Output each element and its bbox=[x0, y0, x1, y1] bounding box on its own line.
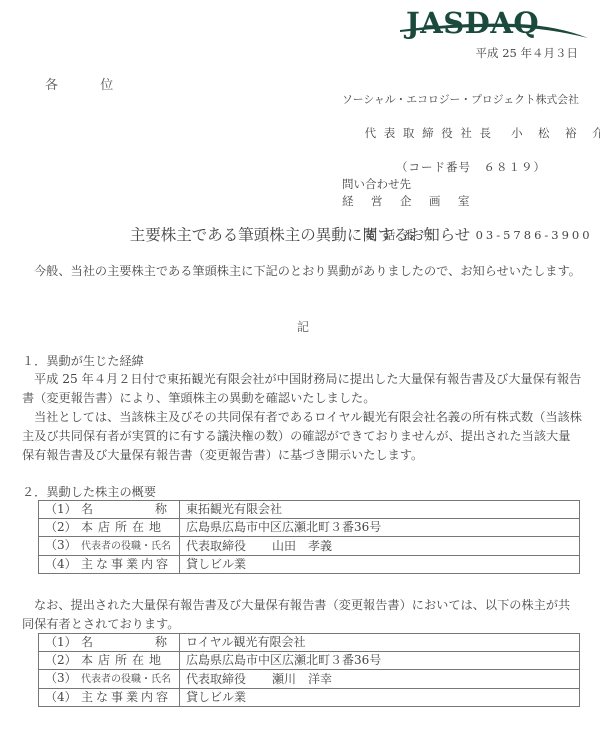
contact-label: 問い合わせ先 bbox=[342, 176, 600, 193]
company-name: ソーシャル・エコロジー・プロジェクト株式会社 bbox=[342, 91, 600, 108]
document-date: 平成 25 年４月３日 bbox=[476, 45, 578, 61]
row-value: 代表取締役山田 孝義 bbox=[180, 537, 580, 556]
row-number: （2） bbox=[45, 652, 81, 669]
section1-paragraph-2-text: 当社としては、当該株主及びその共同保有者であるロイヤル観光有限会社名義の所有株式… bbox=[22, 410, 582, 462]
jasdaq-logo: JASDAQ bbox=[398, 4, 590, 42]
intro-text: 今般、当社の主要株主である筆頭株主に下記のとおり異動がありましたので、お知らせい… bbox=[34, 264, 581, 278]
representative-name: 山田 孝義 bbox=[272, 538, 332, 555]
label-text: 主な事業内容 bbox=[81, 689, 169, 706]
table-row: （1）名称 ロイヤル観光有限会社 bbox=[39, 634, 580, 652]
table-row: （3）代表者の役職・氏名 代表取締役山田 孝義 bbox=[39, 537, 580, 556]
section1-paragraph-1: 平成 25 年４月２日付で東拓観光有限会社が中国財務局に提出した大量保有報告書及… bbox=[22, 370, 582, 408]
addressee-char-2: 位 bbox=[100, 74, 113, 93]
table-row: （1）名称 東拓観光有限会社 bbox=[39, 501, 580, 519]
row-label: （3）代表者の役職・氏名 bbox=[39, 537, 180, 556]
co-holder-table: （1）名称 ロイヤル観光有限会社 （2）本店所在地 広島県広島市中区広瀬北町３番… bbox=[38, 633, 580, 707]
row-label: （1）名称 bbox=[39, 634, 180, 652]
table-row: （2）本店所在地 広島県広島市中区広瀬北町３番36号 bbox=[39, 652, 580, 670]
co-holder-note-text: なお、提出された大量保有報告書及び大量保有報告書（変更報告書）においては、以下の… bbox=[22, 598, 570, 631]
representative-title: 代表取締役 bbox=[186, 539, 246, 553]
row-label: （4）主な事業内容 bbox=[39, 689, 180, 707]
stock-code: （コード番号 ６８１９） bbox=[342, 159, 600, 176]
section2-heading: ２．異動した株主の概要 bbox=[22, 483, 156, 500]
table-row: （3）代表者の役職・氏名 代表取締役瀬川 洋幸 bbox=[39, 670, 580, 689]
representative-title: 代 表 取 締 役 社 長 bbox=[365, 126, 493, 140]
representative-name: 瀬川 洋幸 bbox=[272, 671, 332, 688]
addressee: 各 位 bbox=[45, 74, 113, 93]
shareholder-table: （1）名称 東拓観光有限会社 （2）本店所在地 広島県広島市中区広瀬北町３番36… bbox=[38, 500, 580, 574]
row-value: 貸しビル業 bbox=[180, 689, 580, 707]
row-number: （2） bbox=[45, 519, 81, 536]
intro-paragraph: 今般、当社の主要株主である筆頭株主に下記のとおり異動がありましたので、お知らせい… bbox=[22, 262, 582, 281]
label-part-b: 称 bbox=[155, 502, 167, 516]
row-number: （4） bbox=[45, 689, 81, 706]
table-row: （4）主な事業内容 貸しビル業 bbox=[39, 556, 580, 574]
row-number: （3） bbox=[45, 670, 81, 687]
row-number: （1） bbox=[45, 634, 81, 651]
label-text: 主な事業内容 bbox=[81, 556, 169, 573]
ki-marker: 記 bbox=[0, 318, 600, 335]
row-value: ロイヤル観光有限会社 bbox=[180, 634, 580, 652]
row-number: （3） bbox=[45, 537, 81, 554]
row-label: （3）代表者の役職・氏名 bbox=[39, 670, 180, 689]
row-value: 貸しビル業 bbox=[180, 556, 580, 574]
department: 経 営 企 画 室 bbox=[342, 193, 600, 210]
row-value: 代表取締役瀬川 洋幸 bbox=[180, 670, 580, 689]
row-label: （2）本店所在地 bbox=[39, 519, 180, 537]
label-part-a: 名 bbox=[81, 634, 155, 651]
label-text: 本店所在地 bbox=[81, 519, 169, 536]
section1-heading: １．異動が生じた経緯 bbox=[22, 352, 144, 369]
representative-title: 代表取締役 bbox=[186, 672, 246, 686]
representative-name: 小 松 裕 介 bbox=[511, 126, 600, 140]
row-value: 東拓観光有限会社 bbox=[180, 501, 580, 519]
label-text: 代表者の役職・氏名 bbox=[81, 671, 169, 688]
table-row: （2）本店所在地 広島県広島市中区広瀬北町３番36号 bbox=[39, 519, 580, 537]
section1-paragraph-1-text: 平成 25 年４月２日付で東拓観光有限会社が中国財務局に提出した大量保有報告書及… bbox=[22, 372, 581, 405]
svg-text:JASDAQ: JASDAQ bbox=[403, 6, 539, 40]
section1-paragraph-2: 当社としては、当該株主及びその共同保有者であるロイヤル観光有限会社名義の所有株式… bbox=[22, 408, 582, 465]
page-title: 主要株主である筆頭株主の異動に関するお知らせ bbox=[0, 223, 600, 245]
co-holder-note: なお、提出された大量保有報告書及び大量保有報告書（変更報告書）においては、以下の… bbox=[22, 596, 582, 634]
label-text: 本店所在地 bbox=[81, 652, 169, 669]
label-text: 代表者の役職・氏名 bbox=[81, 538, 169, 555]
row-value: 広島県広島市中区広瀬北町３番36号 bbox=[180, 652, 580, 670]
label-part-a: 名 bbox=[81, 501, 155, 518]
row-number: （4） bbox=[45, 556, 81, 573]
label-part-b: 称 bbox=[155, 635, 167, 649]
row-number: （1） bbox=[45, 501, 81, 518]
representative-line: 代 表 取 締 役 社 長小 松 裕 介 bbox=[342, 108, 600, 159]
table-row: （4）主な事業内容 貸しビル業 bbox=[39, 689, 580, 707]
row-label: （2）本店所在地 bbox=[39, 652, 180, 670]
row-label: （4）主な事業内容 bbox=[39, 556, 180, 574]
addressee-char-1: 各 bbox=[45, 74, 58, 93]
row-label: （1）名称 bbox=[39, 501, 180, 519]
row-value: 広島県広島市中区広瀬北町３番36号 bbox=[180, 519, 580, 537]
